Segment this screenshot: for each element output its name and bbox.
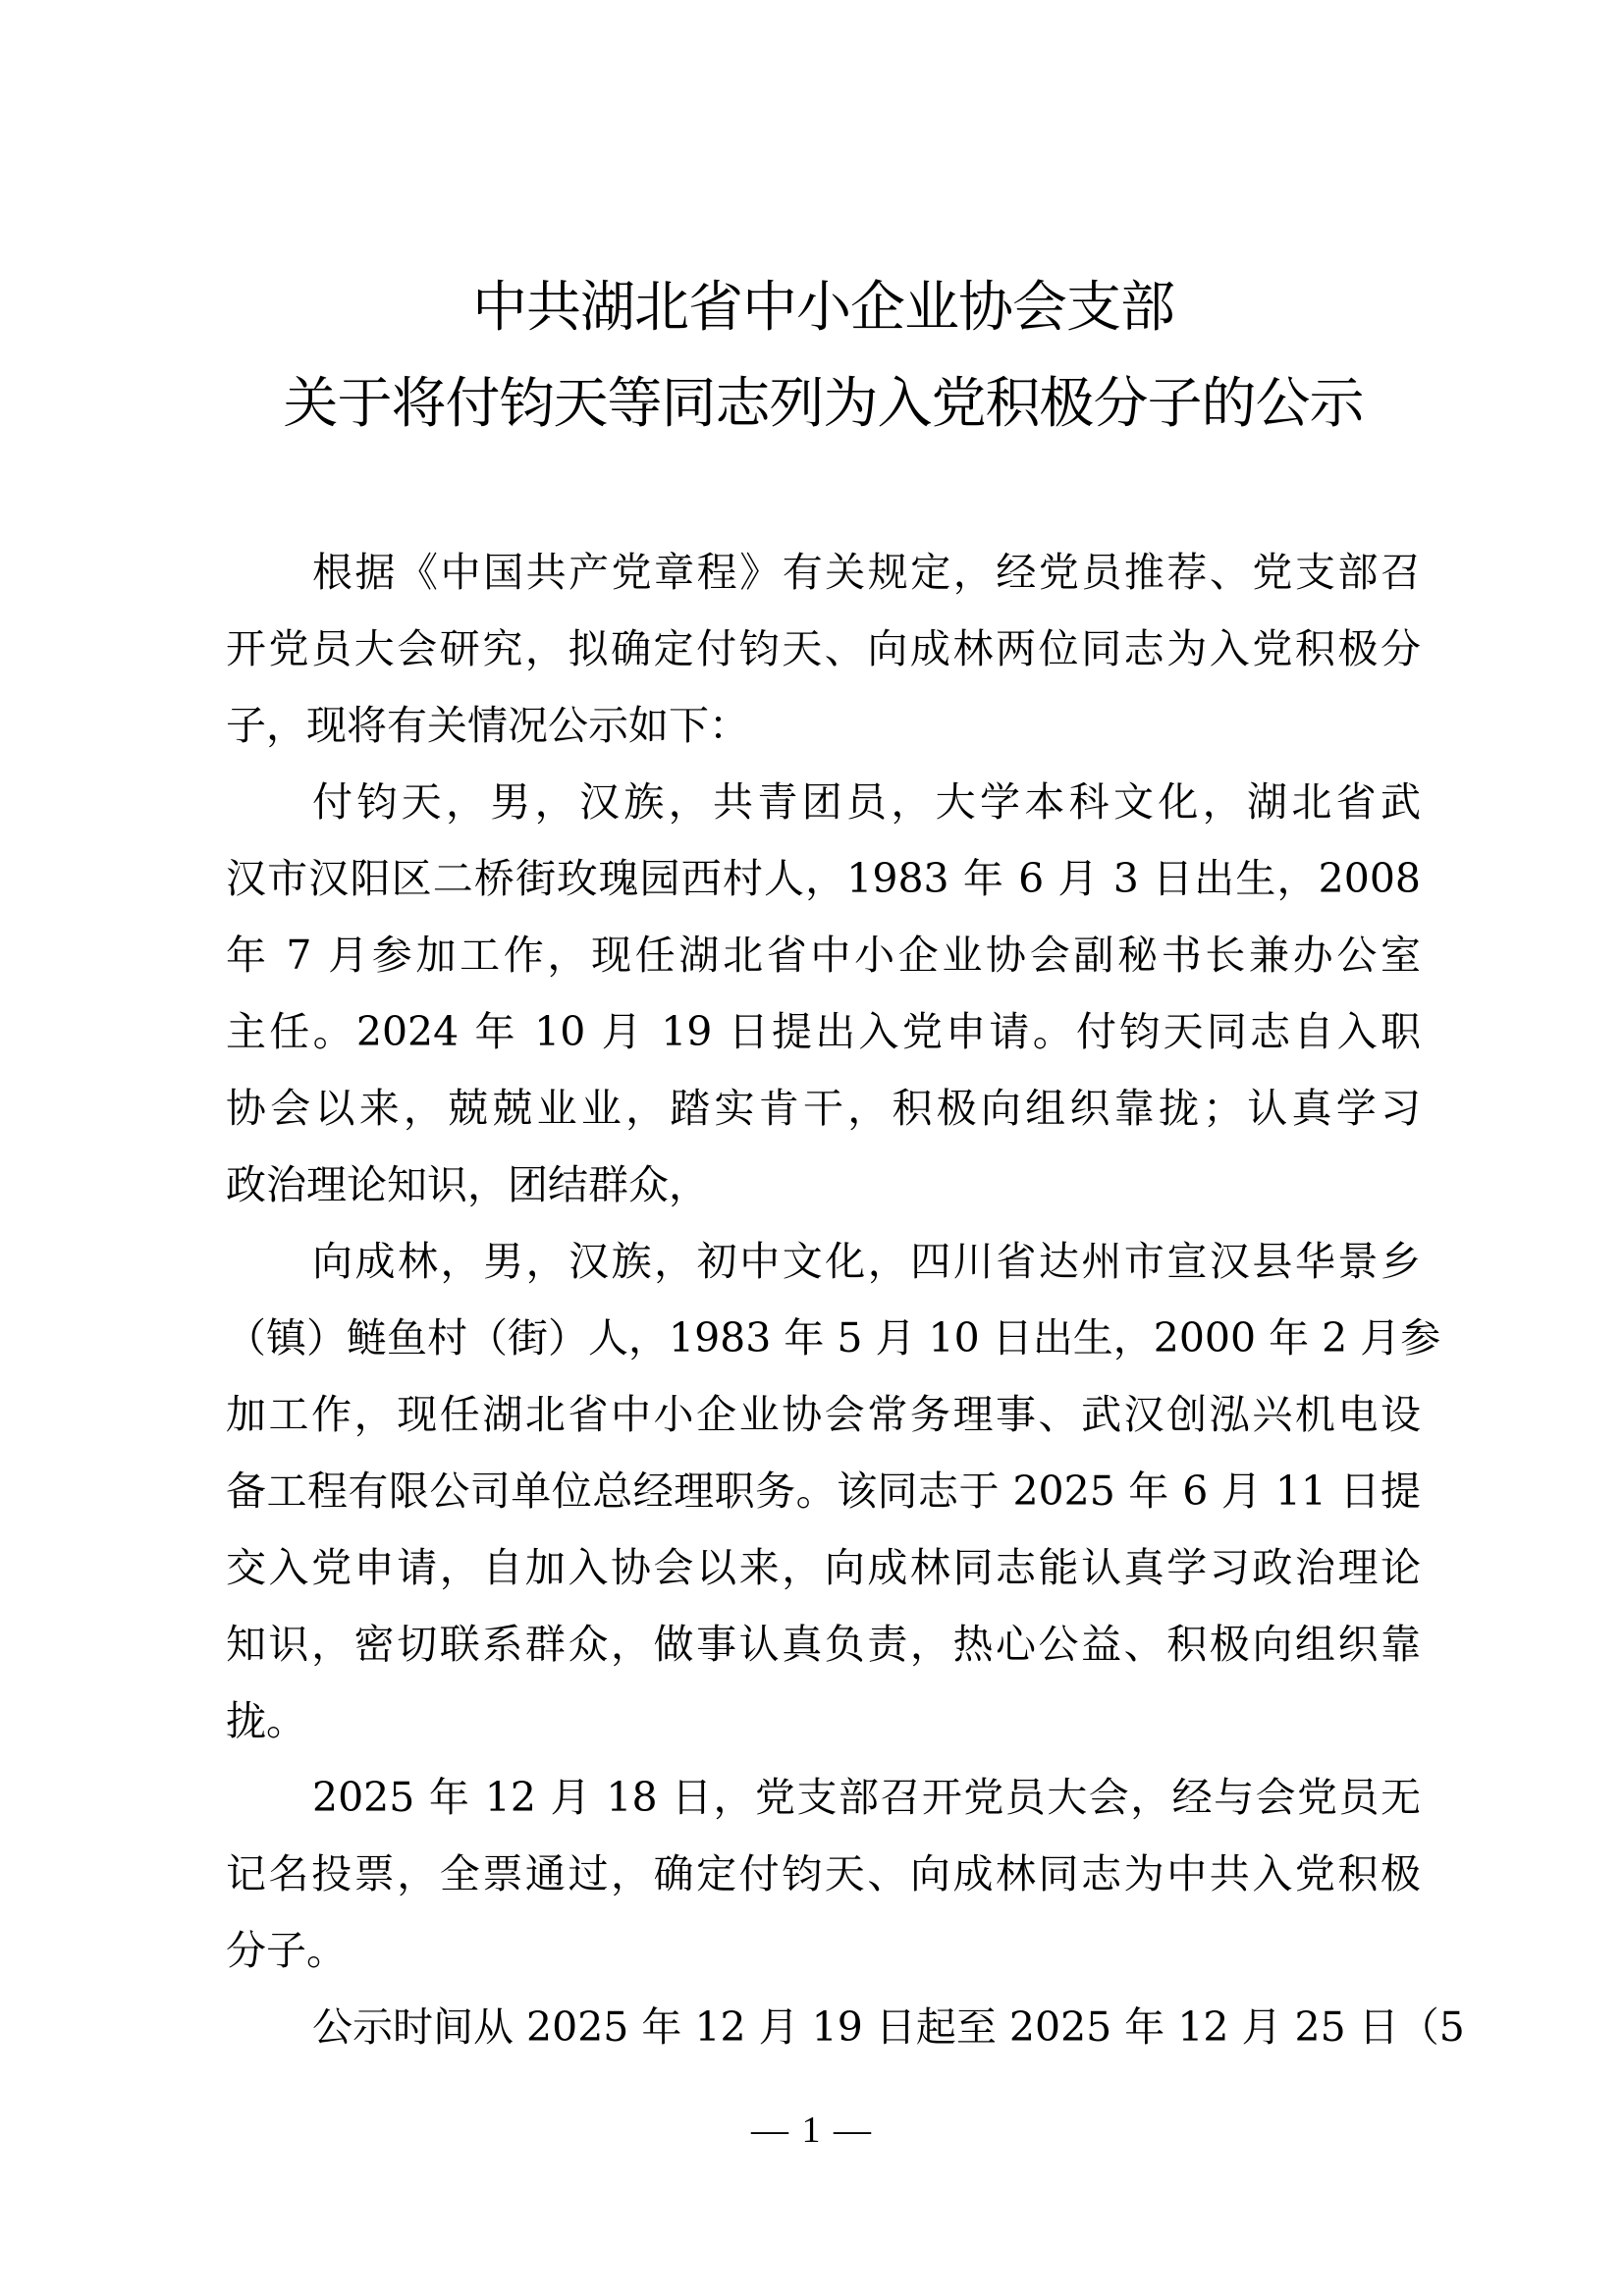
body-line: （镇）鲢鱼村（街）人，1983 年 5 月 10 日出生，2000 年 2 月参 [226,1313,1421,1390]
body-line: 知识，密切联系群众，做事认真负责，热心公益、积极向组织靠 [226,1620,1421,1696]
body-line: 分子。 [226,1926,1421,2002]
body-line: 2025 年 12 月 18 日，党支部召开党员大会，经与会党员无 [226,1773,1421,1849]
body-line: 备工程有限公司单位总经理职务。该同志于 2025 年 6 月 11 日提 [226,1467,1421,1543]
body-line: 年 7 月参加工作，现任湖北省中小企业协会副秘书长兼办公室 [226,931,1421,1007]
body-line: 主任。2024 年 10 月 19 日提出入党申请。付钧天同志自入职 [226,1007,1421,1084]
page-number: — 1 — [0,2107,1624,2154]
body-line: 向成林，男，汉族，初中文化，四川省达州市宣汉县华景乡 [226,1237,1421,1313]
body-line: 记名投票，全票通过，确定付钧天、向成林同志为中共入党积极 [226,1849,1421,1926]
body-line: 政治理论知识，团结群众， [226,1160,1421,1237]
body-line: 协会以来，兢兢业业，踏实肯干，积极向组织靠拢；认真学习 [226,1084,1421,1160]
body-line: 加工作，现任湖北省中小企业协会常务理事、武汉创泓兴机电设 [226,1390,1421,1467]
body-line: 公示时间从 2025 年 12 月 19 日起至 2025 年 12 月 25 … [226,2002,1421,2079]
document-page: 中共湖北省中小企业协会支部 关于将付钧天等同志列为入党积极分子的公示 根据《中国… [0,0,1624,2296]
document-title-line-1: 中共湖北省中小企业协会支部 [226,279,1421,338]
body-line: 子，现将有关情况公示如下： [226,701,1421,777]
body-line: 交入党申请，自加入协会以来，向成林同志能认真学习政治理论 [226,1543,1421,1620]
body-line: 开党员大会研究，拟确定付钧天、向成林两位同志为入党积极分 [226,624,1421,701]
body-line: 付钧天，男，汉族，共青团员，大学本科文化，湖北省武 [226,777,1421,854]
document-body: 根据《中国共产党章程》有关规定，经党员推荐、党支部召 开党员大会研究，拟确定付钧… [226,548,1421,2079]
body-line: 汉市汉阳区二桥街玫瑰园西村人，1983 年 6 月 3 日出生，2008 [226,854,1421,931]
body-line: 拢。 [226,1696,1421,1773]
body-line: 根据《中国共产党章程》有关规定，经党员推荐、党支部召 [226,548,1421,624]
document-title-line-2: 关于将付钧天等同志列为入党积极分子的公示 [226,375,1421,434]
